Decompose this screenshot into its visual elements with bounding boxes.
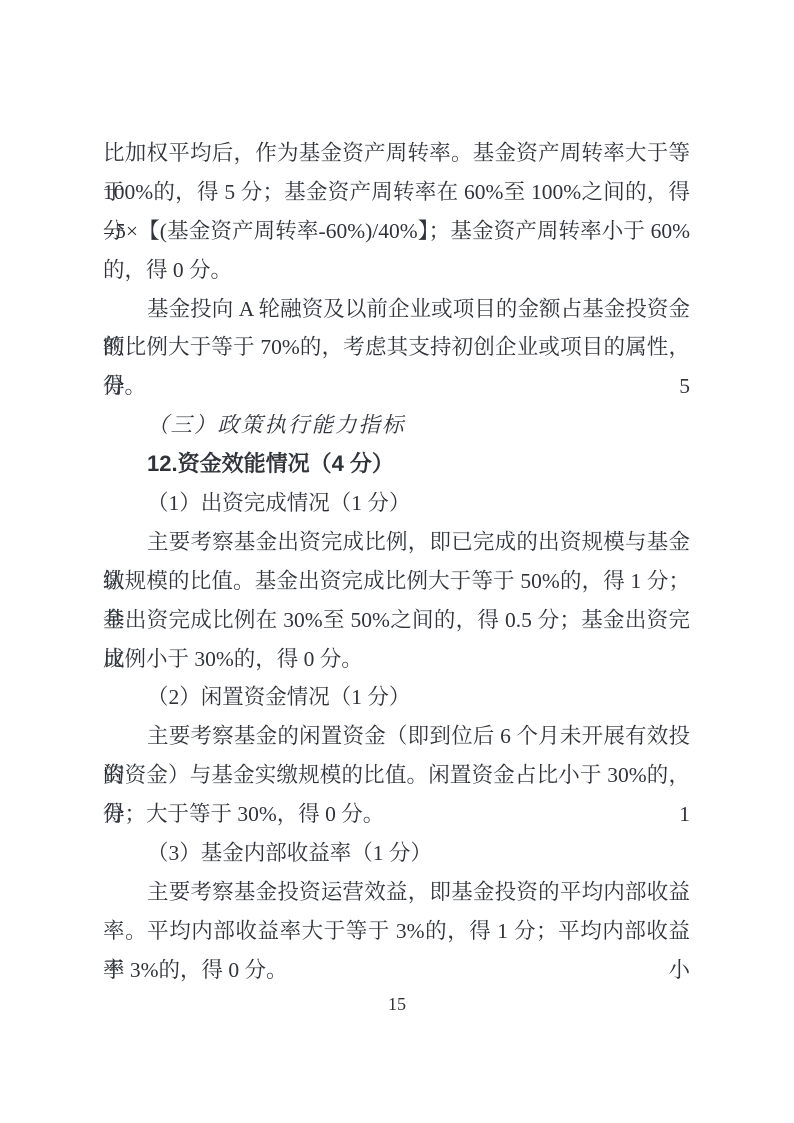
text-line: 的，得 0 分。 bbox=[103, 251, 690, 290]
text-line: 主要考察基金的闲置资金（即到位后 6 个月未开展有效投资 bbox=[103, 717, 690, 756]
page-number: 15 bbox=[0, 989, 794, 1019]
subitem-heading-internal-rate-of-return: （3）基金内部收益率（1 分） bbox=[103, 834, 690, 873]
text-line: 比加权平均后，作为基金资产周转率。基金资产周转率大于等于 bbox=[103, 134, 690, 173]
text-line: 100%的，得 5 分；基金资产周转率在 60%至 100%之间的，得分 bbox=[103, 173, 690, 212]
text-line: 金出资完成比例在 30%至 50%之间的，得 0.5 分；基金出资完成 bbox=[103, 601, 690, 640]
text-line: 缴规模的比值。基金出资完成比例大于等于 50%的，得 1 分；基 bbox=[103, 562, 690, 601]
text-line: 主要考察基金出资完成比例，即已完成的出资规模与基金认 bbox=[103, 523, 690, 562]
section-heading-policy-execution: （三）政策执行能力指标 bbox=[103, 406, 690, 445]
document-page: 比加权平均后，作为基金资产周转率。基金资产周转率大于等于 100%的，得 5 分… bbox=[0, 0, 794, 1123]
item-heading-fund-efficiency: 12.资金效能情况（4 分） bbox=[103, 445, 690, 484]
text-line: 的资金）与基金实缴规模的比值。闲置资金占比小于 30%的，得 1 bbox=[103, 756, 690, 795]
subitem-heading-idle-funds: （2）闲置资金情况（1 分） bbox=[103, 678, 690, 717]
text-line: 比例小于 30%的，得 0 分。 bbox=[103, 640, 690, 679]
subitem-heading-contribution-completion: （1）出资完成情况（1 分） bbox=[103, 484, 690, 523]
text-line: 的比例大于等于 70%的，考虑其支持初创企业或项目的属性，得 5 bbox=[103, 328, 690, 367]
text-block: 比加权平均后，作为基金资产周转率。基金资产周转率大于等于 100%的，得 5 分… bbox=[103, 134, 690, 990]
text-line: 主要考察基金投资运营效益，即基金投资的平均内部收益 bbox=[103, 873, 690, 912]
text-line: =5×【(基金资产周转率-60%)/40%】；基金资产周转率小于 60% bbox=[103, 212, 690, 251]
text-line: 率。平均内部收益率大于等于 3%的，得 1 分；平均内部收益率小 bbox=[103, 912, 690, 951]
text-line: 基金投向 A 轮融资及以前企业或项目的金额占基金投资金额 bbox=[103, 290, 690, 329]
